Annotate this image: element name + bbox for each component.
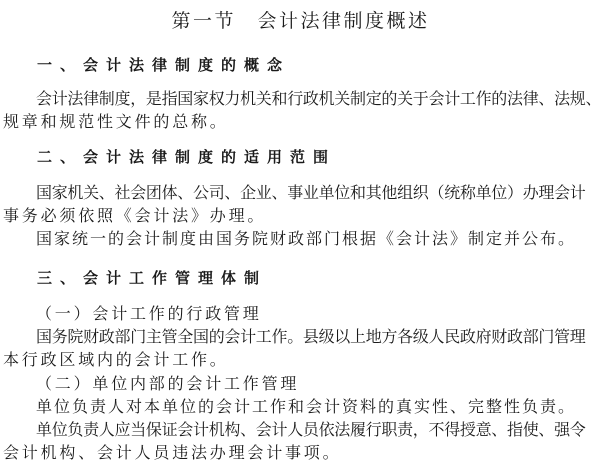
page-title: 第一节 会计法律制度概述 [0, 6, 601, 33]
body-line: 单位负责人应当保证会计机构、会计人员依法履行职责，不得授意、指使、强令 [3, 421, 601, 441]
body-line: 会计机构、会计人员违法办理会计事项。 [3, 444, 601, 464]
body-line: 国务院财政部门主管全国的会计工作。县级以上地方各级人民政府财政部门管理 [3, 328, 601, 348]
body-line: 规章和规范性文件的总称。 [3, 113, 601, 133]
body-line: 事务必须依照《会计法》办理。 [3, 207, 601, 227]
body-line: 单位负责人对本单位的会计工作和会计资料的真实性、完整性负责。 [3, 398, 601, 418]
section-heading-2: 二、会计法律制度的适用范围 [37, 148, 336, 168]
subsection-heading-1: （一）会计工作的行政管理 [3, 305, 601, 325]
body-line: 国家统一的会计制度由国务院财政部门根据《会计法》制定并公布。 [3, 230, 601, 250]
section-heading-1: 一、会计法律制度的概念 [37, 56, 290, 76]
body-line: 国家机关、社会团体、公司、企业、事业单位和其他组织（统称单位）办理会计 [3, 184, 601, 204]
body-line: 本行政区域内的会计工作。 [3, 351, 601, 371]
subsection-heading-2: （二）单位内部的会计工作管理 [3, 375, 601, 395]
section-heading-3: 三、会计工作管理体制 [37, 269, 267, 289]
body-line: 会计法律制度，是指国家权力机关和行政机关制定的关于会计工作的法律、法规、 [3, 90, 601, 110]
document-page: 第一节 会计法律制度概述 一、会计法律制度的概念 会计法律制度，是指国家权力机关… [0, 0, 601, 468]
